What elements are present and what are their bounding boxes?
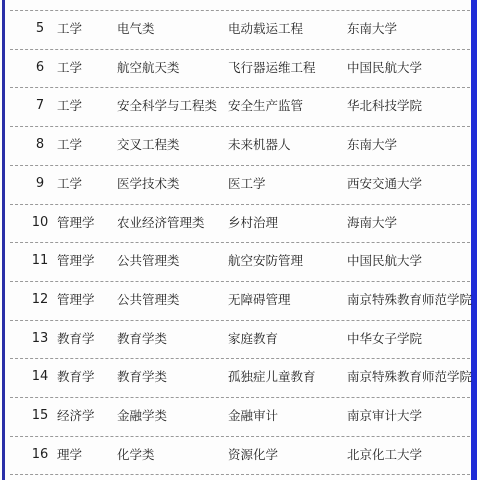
university-name: 东南大学 — [347, 10, 397, 49]
university-name: 华北科技学院 — [347, 87, 422, 126]
university-name: 东南大学 — [347, 126, 397, 165]
row-number: 11 — [22, 242, 58, 281]
major-name: 金融审计 — [228, 397, 278, 436]
university-name: 中国民航大学 — [347, 49, 422, 88]
row-number: 16 — [22, 436, 58, 475]
table-row: 5 工学 电气类 电动载运工程 东南大学 — [10, 10, 470, 49]
row-number: 7 — [22, 87, 58, 126]
major-class: 教育学类 — [117, 358, 167, 397]
university-name: 中国民航大学 — [347, 242, 422, 281]
university-name: 中华女子学院 — [347, 320, 422, 359]
major-name: 资源化学 — [228, 436, 278, 475]
major-name: 孤独症儿童教育 — [228, 358, 316, 397]
discipline-category: 工学 — [57, 49, 82, 88]
major-class: 公共管理类 — [117, 281, 180, 320]
major-class: 农业经济管理类 — [117, 204, 205, 243]
university-name: 南京特殊教育师范学院 — [347, 281, 472, 320]
discipline-category: 工学 — [57, 126, 82, 165]
row-number: 12 — [22, 281, 58, 320]
right-border — [471, 0, 477, 480]
major-name: 乡村治理 — [228, 204, 278, 243]
discipline-category: 工学 — [57, 87, 82, 126]
row-number: 8 — [22, 126, 58, 165]
major-name: 无障碍管理 — [228, 281, 291, 320]
table-row: 8 工学 交叉工程类 未来机器人 东南大学 — [10, 126, 470, 165]
discipline-category: 理学 — [57, 436, 82, 475]
university-name: 西安交通大学 — [347, 165, 422, 204]
discipline-category: 经济学 — [57, 397, 95, 436]
major-class: 金融学类 — [117, 397, 167, 436]
row-number: 13 — [22, 320, 58, 359]
row-number: 10 — [22, 204, 58, 243]
discipline-category: 教育学 — [57, 320, 95, 359]
discipline-category: 管理学 — [57, 281, 95, 320]
major-name: 电动载运工程 — [228, 10, 303, 49]
left-border — [2, 0, 5, 480]
major-name: 医工学 — [228, 165, 266, 204]
table-row: 6 工学 航空航天类 飞行器运维工程 中国民航大学 — [10, 49, 470, 88]
row-divider — [10, 474, 470, 475]
university-name: 南京特殊教育师范学院 — [347, 358, 472, 397]
row-number: 5 — [22, 10, 58, 49]
document-frame: 5 工学 电气类 电动载运工程 东南大学 6 工学 航空航天类 飞行器运维工程 … — [0, 0, 480, 480]
major-class: 化学类 — [117, 436, 155, 475]
major-class: 航空航天类 — [117, 49, 180, 88]
major-name: 未来机器人 — [228, 126, 291, 165]
table-row: 7 工学 安全科学与工程类 安全生产监管 华北科技学院 — [10, 87, 470, 126]
table-row: 12 管理学 公共管理类 无障碍管理 南京特殊教育师范学院 — [10, 281, 470, 320]
table-row: 9 工学 医学技术类 医工学 西安交通大学 — [10, 165, 470, 204]
row-number: 14 — [22, 358, 58, 397]
major-class: 教育学类 — [117, 320, 167, 359]
row-number: 15 — [22, 397, 58, 436]
university-name: 南京审计大学 — [347, 397, 422, 436]
table-row: 13 教育学 教育学类 家庭教育 中华女子学院 — [10, 320, 470, 359]
row-number: 6 — [22, 49, 58, 88]
table-row: 14 教育学 教育学类 孤独症儿童教育 南京特殊教育师范学院 — [10, 358, 470, 397]
major-name: 安全生产监管 — [228, 87, 303, 126]
row-number: 9 — [22, 165, 58, 204]
discipline-category: 工学 — [57, 10, 82, 49]
major-class: 公共管理类 — [117, 242, 180, 281]
table-row: 10 管理学 农业经济管理类 乡村治理 海南大学 — [10, 204, 470, 243]
university-name: 海南大学 — [347, 204, 397, 243]
major-class: 医学技术类 — [117, 165, 180, 204]
major-name: 飞行器运维工程 — [228, 49, 316, 88]
major-class: 电气类 — [117, 10, 155, 49]
major-class: 交叉工程类 — [117, 126, 180, 165]
major-name: 航空安防管理 — [228, 242, 303, 281]
discipline-category: 管理学 — [57, 242, 95, 281]
table-row: 16 理学 化学类 资源化学 北京化工大学 — [10, 436, 470, 475]
discipline-category: 工学 — [57, 165, 82, 204]
discipline-category: 管理学 — [57, 204, 95, 243]
major-class: 安全科学与工程类 — [117, 87, 217, 126]
table-row: 11 管理学 公共管理类 航空安防管理 中国民航大学 — [10, 242, 470, 281]
table-row: 15 经济学 金融学类 金融审计 南京审计大学 — [10, 397, 470, 436]
discipline-category: 教育学 — [57, 358, 95, 397]
major-name: 家庭教育 — [228, 320, 278, 359]
university-name: 北京化工大学 — [347, 436, 422, 475]
